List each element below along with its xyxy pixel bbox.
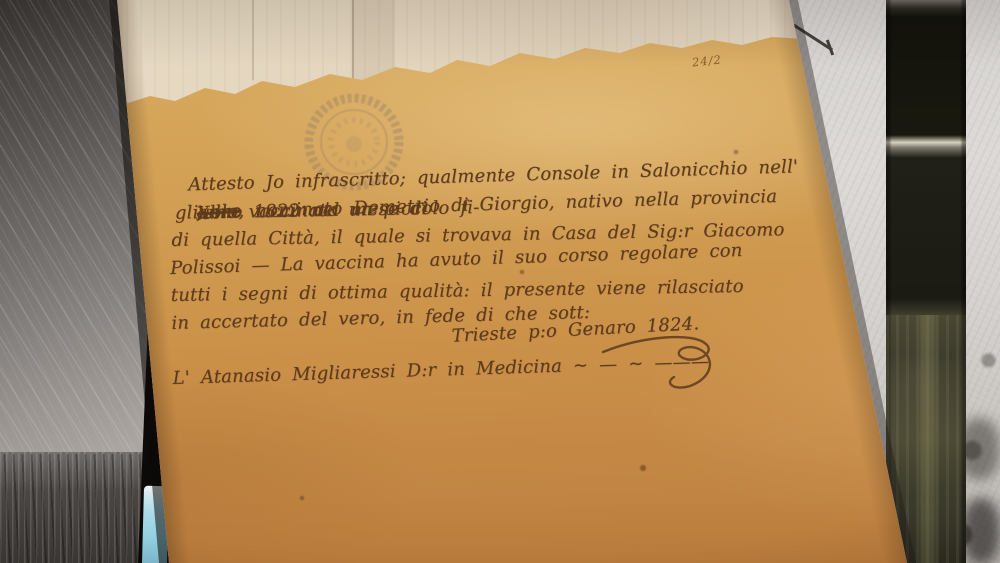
pen-flourish (598, 330, 738, 400)
museum-document-photo: 24/2 Attesto Jo infrascritto; qualmente … (0, 0, 1000, 563)
wall-grain-patch (962, 498, 1000, 563)
left-wall-bottom-band (0, 452, 160, 563)
backing-crease (252, 0, 254, 80)
